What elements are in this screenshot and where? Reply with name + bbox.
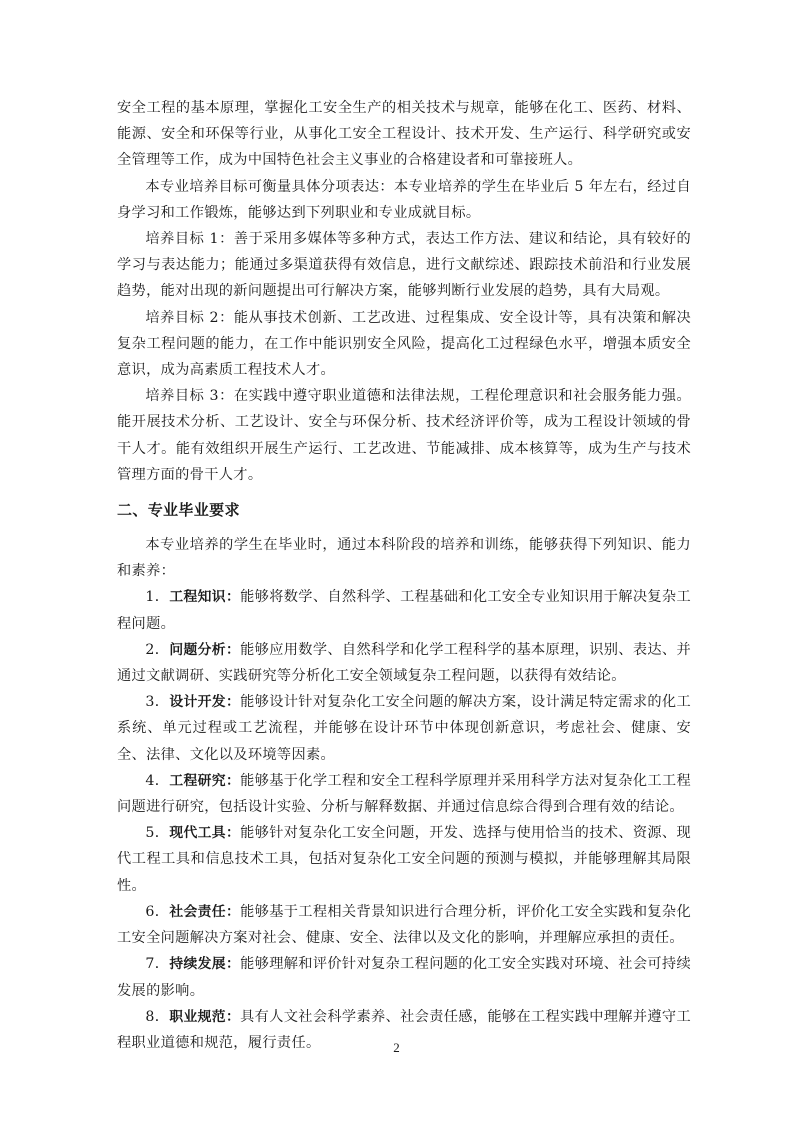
objective-label: 培养目标 1： [145, 231, 233, 247]
objectives-intro: 本专业培养目标可衡量具体分项表达：本专业培养的学生在毕业后 5 年左右，经过自身… [117, 174, 691, 226]
requirement-number: 6． [145, 904, 169, 920]
requirement-label: 社会责任： [169, 904, 240, 920]
requirement-7: 7．持续发展：能够理解和评价针对复杂工程问题的化工安全实践对环境、社会可持续发展… [117, 951, 691, 1003]
requirement-3: 3．设计开发：能够设计针对复杂化工安全问题的解决方案，设计满足特定需求的化工系统… [117, 689, 691, 768]
requirement-6: 6．社会责任：能够基于工程相关背景知识进行合理分析，评价化工安全实践和复杂化工安… [117, 899, 691, 951]
requirement-label: 问题分析： [169, 642, 240, 658]
requirement-number: 2． [145, 642, 169, 658]
requirement-5: 5．现代工具：能够针对复杂化工安全问题，开发、选择与使用恰当的技术、资源、现代工… [117, 820, 691, 899]
requirement-label: 现代工具： [169, 825, 240, 841]
requirement-number: 4． [145, 773, 169, 789]
requirement-number: 5． [145, 825, 169, 841]
requirement-number: 7． [145, 956, 169, 972]
intro-continuation: 安全工程的基本原理，掌握化工安全生产的相关技术与规章，能够在化工、医药、材料、能… [117, 95, 691, 174]
requirement-number: 8． [145, 1009, 169, 1025]
objective-label: 培养目标 2： [145, 310, 233, 326]
document-page: 安全工程的基本原理，掌握化工安全生产的相关技术与规章，能够在化工、医药、材料、能… [117, 95, 691, 1056]
page-number: 2 [0, 1040, 793, 1056]
requirement-4: 4．工程研究：能够基于化学工程和安全工程科学原理并采用科学方法对复杂化工工程问题… [117, 768, 691, 820]
objective-1: 培养目标 1：善于采用多媒体等多种方式，表达工作方法、建议和结论，具有较好的学习… [117, 226, 691, 305]
requirement-label: 设计开发： [169, 694, 240, 710]
requirement-label: 持续发展： [169, 956, 240, 972]
requirement-label: 工程研究： [169, 773, 240, 789]
requirement-number: 1． [145, 589, 169, 605]
requirement-1: 1．工程知识：能够将数学、自然科学、工程基础和化工安全专业知识用于解决复杂工程问… [117, 584, 691, 636]
section-heading: 二、专业毕业要求 [117, 497, 691, 523]
objective-2: 培养目标 2：能从事技术创新、工艺改进、过程集成、安全设计等，具有决策和解决复杂… [117, 305, 691, 384]
objective-label: 培养目标 3： [145, 388, 233, 404]
requirement-label: 工程知识： [169, 589, 240, 605]
objective-3: 培养目标 3：在实践中遵守职业道德和法律法规，工程伦理意识和社会服务能力强。能开… [117, 383, 691, 488]
requirement-label: 职业规范： [169, 1009, 240, 1025]
requirements-intro: 本专业培养的学生在毕业时，通过本科阶段的培养和训练，能够获得下列知识、能力和素养… [117, 532, 691, 584]
requirement-number: 3． [145, 694, 169, 710]
requirement-2: 2．问题分析：能够应用数学、自然科学和化学工程科学的基本原理，识别、表达、并通过… [117, 637, 691, 689]
